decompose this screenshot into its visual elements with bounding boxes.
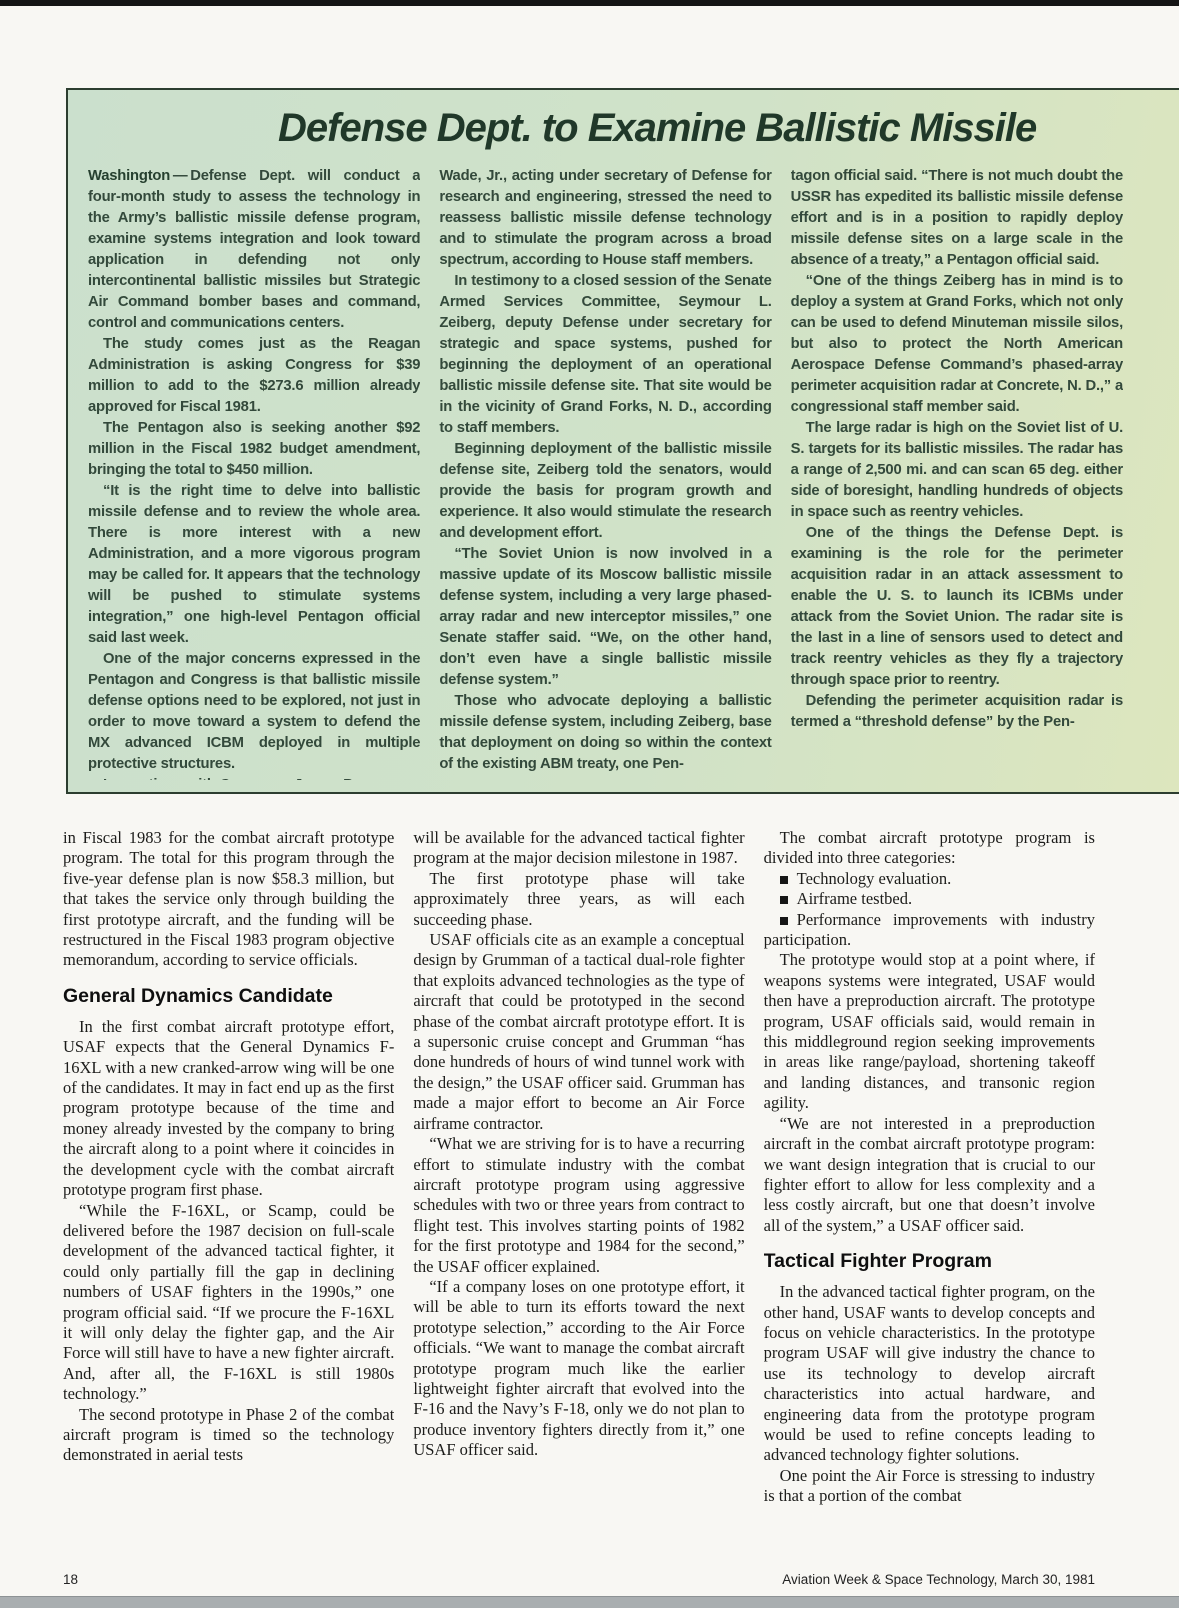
paragraph: “If a company loses on one prototype eff… <box>413 1277 744 1461</box>
paragraph: The first prototype phase will take appr… <box>413 869 744 930</box>
article-column-1: in Fiscal 1983 for the combat aircraft p… <box>63 828 394 1573</box>
paragraph: will be available for the advanced tacti… <box>413 828 744 869</box>
paragraph: “The Soviet Union is now involved in a m… <box>439 544 771 691</box>
list-item: Airframe testbed. <box>764 889 1095 909</box>
paragraph: The large radar is high on the Soviet li… <box>791 418 1123 523</box>
square-bullet-icon <box>780 917 788 925</box>
paragraph: USAF officials cite as an example a conc… <box>413 930 744 1134</box>
magazine-page: Defense Dept. to Examine Ballistic Missi… <box>0 0 1179 1608</box>
paragraph: Defending the perimeter acquisition rada… <box>791 691 1123 733</box>
section-heading-general-dynamics: General Dynamics Candidate <box>63 984 394 1008</box>
page-footer: 18 Aviation Week & Space Technology, Mar… <box>63 1572 1095 1587</box>
lead-paragraph: Washington — Defense Dept. will conduct … <box>88 166 420 334</box>
paragraph: The second prototype in Phase 2 of the c… <box>63 1405 394 1466</box>
paragraph: One point the Air Force is stressing to … <box>764 1466 1095 1507</box>
paragraph: In testimony to a closed session of the … <box>439 271 771 439</box>
article-column-1: Washington — Defense Dept. will conduct … <box>88 166 420 780</box>
list-item-label: Performance improvements with industry p… <box>764 910 1095 949</box>
paragraph: in Fiscal 1983 for the combat aircraft p… <box>63 828 394 971</box>
paragraph: The prototype would stop at a point wher… <box>764 950 1095 1113</box>
page-top-rule <box>0 0 1179 6</box>
paragraph: The combat aircraft prototype program is… <box>764 828 1095 869</box>
paragraph: In meetings with Congress, James P. <box>88 775 420 780</box>
paragraph: tagon official said. “There is not much … <box>791 166 1123 271</box>
list-item: Performance improvements with industry p… <box>764 910 1095 951</box>
paragraph: “What we are striving for is to have a r… <box>413 1134 744 1277</box>
paragraph: “It is the right time to delve into ball… <box>88 481 420 649</box>
paragraph: Those who advocate deploying a ballistic… <box>439 691 771 775</box>
paragraph: Wade, Jr., acting under secretary of Def… <box>439 166 771 271</box>
magazine-title-date: Aviation Week & Space Technology, March … <box>782 1572 1095 1587</box>
lead-text: — Defense Dept. will conduct a four-mont… <box>88 168 420 331</box>
paragraph: “We are not interested in a preproductio… <box>764 1114 1095 1236</box>
paragraph: “One of the things Zeiberg has in mind i… <box>791 271 1123 418</box>
missile-article-columns: Washington — Defense Dept. will conduct … <box>88 166 1123 780</box>
paragraph: “While the F-16XL, or Scamp, could be de… <box>63 1201 394 1405</box>
paragraph: In the advanced tactical fighter program… <box>764 1282 1095 1466</box>
article-column-3: tagon official said. “There is not much … <box>791 166 1123 780</box>
article-column-3: The combat aircraft prototype program is… <box>764 828 1095 1573</box>
missile-article-box: Defense Dept. to Examine Ballistic Missi… <box>66 88 1179 794</box>
square-bullet-icon <box>780 876 788 884</box>
page-bottom-strip <box>0 1596 1179 1608</box>
paragraph: The study comes just as the Reagan Admin… <box>88 334 420 418</box>
paragraph: One of the things the Defense Dept. is e… <box>791 523 1123 691</box>
square-bullet-icon <box>780 896 788 904</box>
paragraph: One of the major concerns expressed in t… <box>88 649 420 775</box>
list-item-label: Airframe testbed. <box>797 889 912 908</box>
article-headline: Defense Dept. to Examine Ballistic Missi… <box>278 104 1123 152</box>
list-item: Technology evaluation. <box>764 869 1095 889</box>
aircraft-article: in Fiscal 1983 for the combat aircraft p… <box>63 828 1095 1573</box>
list-item-label: Technology evaluation. <box>797 869 952 888</box>
article-column-2: Wade, Jr., acting under secretary of Def… <box>439 166 771 780</box>
page-number: 18 <box>63 1572 78 1587</box>
paragraph: In the first combat aircraft prototype e… <box>63 1017 394 1201</box>
paragraph: The Pentagon also is seeking another $92… <box>88 418 420 481</box>
article-column-2: will be available for the advanced tacti… <box>413 828 744 1573</box>
dateline: Washington <box>88 168 170 184</box>
section-heading-tactical-fighter: Tactical Fighter Program <box>764 1249 1095 1273</box>
paragraph: Beginning deployment of the ballistic mi… <box>439 439 771 544</box>
